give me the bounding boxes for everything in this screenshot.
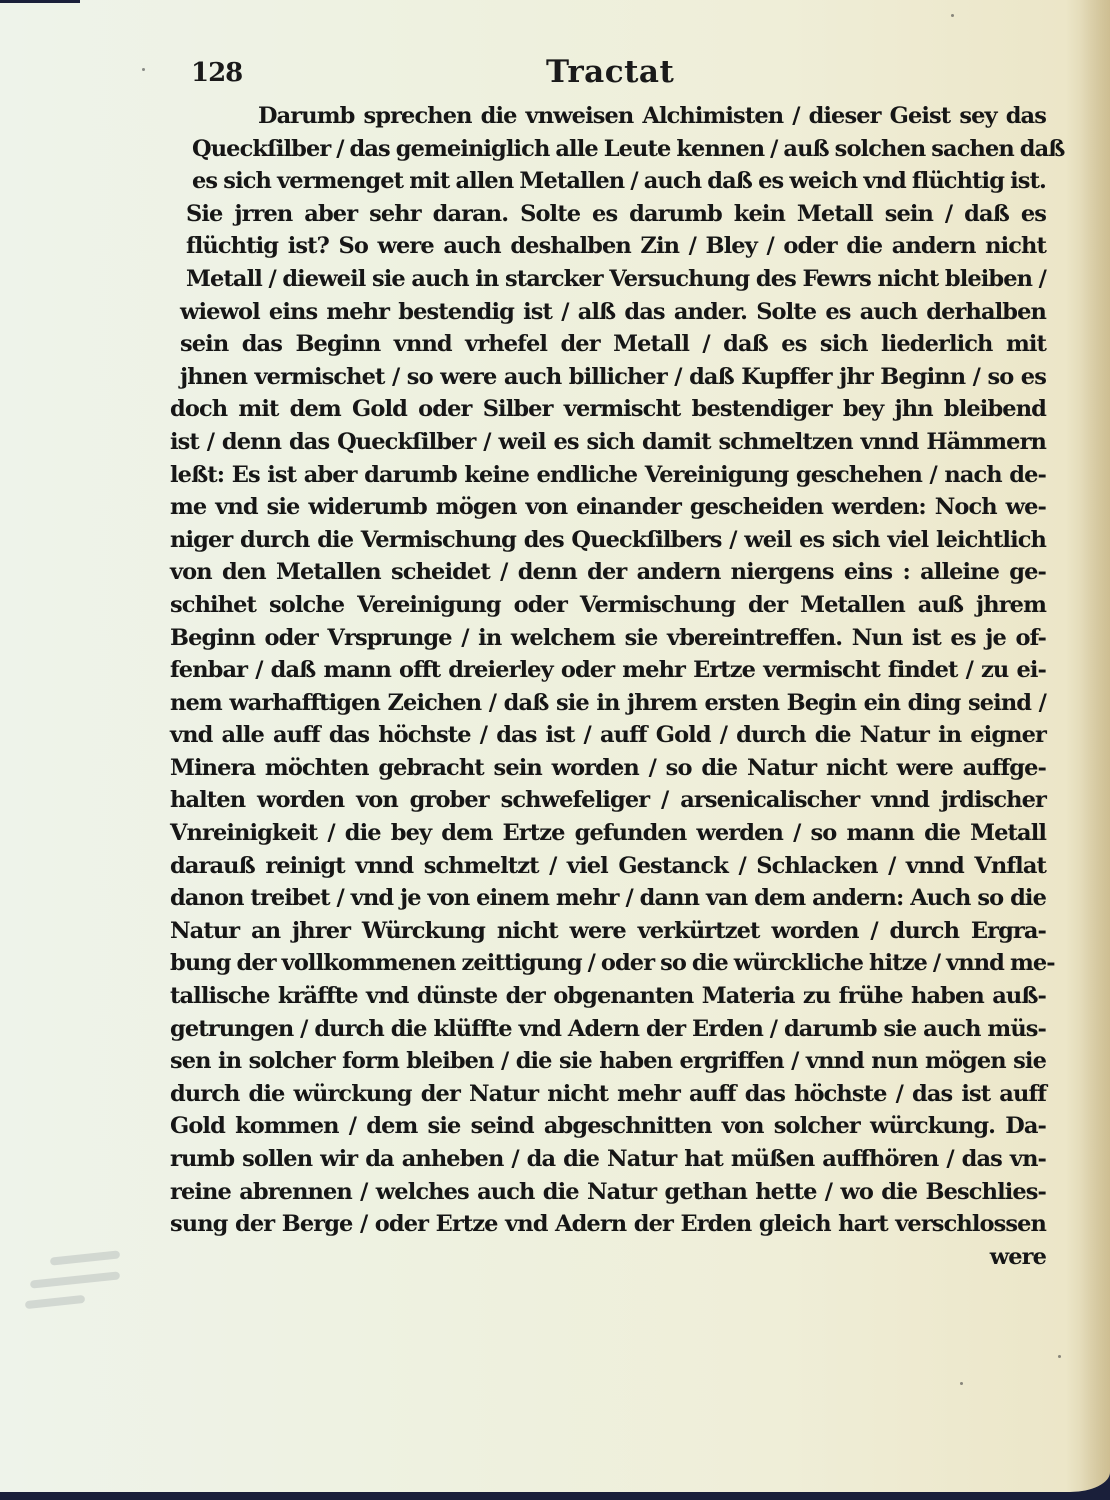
paper-speck <box>142 68 145 71</box>
text-line: von den Metallen scheidet / denn der and… <box>156 556 1046 589</box>
text-line: nem warhafftigen Zeichen / daß sie in jh… <box>156 687 1046 720</box>
text-line: getrungen / durch die klüffte vnd Adern … <box>156 1013 1046 1046</box>
text-line: durch die würckung der Natur nicht mehr … <box>156 1078 1046 1111</box>
text-line: fenbar / daß mann offt dreierley oder me… <box>156 654 1046 687</box>
text-line: tallische kräffte vnd dünste der obgenan… <box>156 980 1046 1013</box>
text-line: niger durch die Vermischung des Queckſil… <box>156 524 1046 557</box>
text-line: bung der vollkommenen zeittigung / oder … <box>156 947 1046 980</box>
paper-speck <box>1058 1355 1061 1358</box>
book-page: 128 Tractat Darumb sprechen die vnweisen… <box>0 0 1110 1492</box>
page-edge-shadow <box>0 0 80 3</box>
text-line: danon treibet / vnd je von einem mehr / … <box>156 882 1046 915</box>
paper-speck <box>951 14 954 17</box>
text-line: sung der Berge / oder Ertze vnd Adern de… <box>156 1208 1046 1241</box>
text-line: Queckſilber / das gemeiniglich alle Leut… <box>156 133 1046 166</box>
text-line: leßt: Es ist aber darumb keine endliche … <box>156 459 1046 492</box>
text-line: Metall / dieweil sie auch in starcker Ve… <box>156 263 1046 296</box>
text-line: sen in solcher form bleiben / die sie ha… <box>156 1045 1046 1078</box>
text-line: Beginn oder Vrsprunge / in welchem sie v… <box>156 622 1046 655</box>
running-head: Tractat <box>546 54 674 90</box>
text-line: flüchtig ist? So were auch deshalben Zin… <box>156 230 1046 263</box>
text-line: Gold kommen / dem sie seind abgeschnitte… <box>156 1110 1046 1143</box>
bleed-through-handwriting <box>20 1240 130 1360</box>
text-line: es sich vermenget mit allen Metallen / a… <box>156 165 1046 198</box>
paper-speck <box>960 1382 963 1385</box>
text-line: wiewol eins mehr bestendig ist / alß das… <box>156 296 1046 329</box>
text-line: Darumb sprechen die vnweisen Alchimisten… <box>156 100 1046 133</box>
body-text: Darumb sprechen die vnweisen Alchimisten… <box>156 100 1046 1273</box>
text-line: Minera möchten gebracht sein worden / so… <box>156 752 1046 785</box>
text-line: vnd alle auff das höchste / das ist / au… <box>156 719 1046 752</box>
text-line: ist / denn das Queckſilber / weil es sic… <box>156 426 1046 459</box>
text-line: jhnen vermischet / so were auch billiche… <box>156 361 1046 394</box>
text-line: doch mit dem Gold oder Silber vermischt … <box>156 393 1046 426</box>
text-line: me vnd sie widerumb mögen von einander g… <box>156 491 1046 524</box>
text-line: Vnreinigkeit / die bey dem Ertze gefunde… <box>156 817 1046 850</box>
text-line: schihet solche Vereinigung oder Vermisch… <box>156 589 1046 622</box>
text-line: Natur an jhrer Würckung nicht were verkü… <box>156 915 1046 948</box>
text-line: rumb sollen wir da anheben / da die Natu… <box>156 1143 1046 1176</box>
text-line: sein das Beginn vnnd vrhefel der Metall … <box>156 328 1046 361</box>
text-line: Sie jrren aber sehr daran. Solte es daru… <box>156 198 1046 231</box>
text-line: reine abrennen / welches auch die Natur … <box>156 1176 1046 1209</box>
catchword: were <box>156 1241 1046 1274</box>
text-line: halten worden von grober schwefeliger / … <box>156 784 1046 817</box>
text-line: darauß reinigt vnnd schmeltzt / viel Ges… <box>156 850 1046 883</box>
page-number: 128 <box>191 58 242 88</box>
